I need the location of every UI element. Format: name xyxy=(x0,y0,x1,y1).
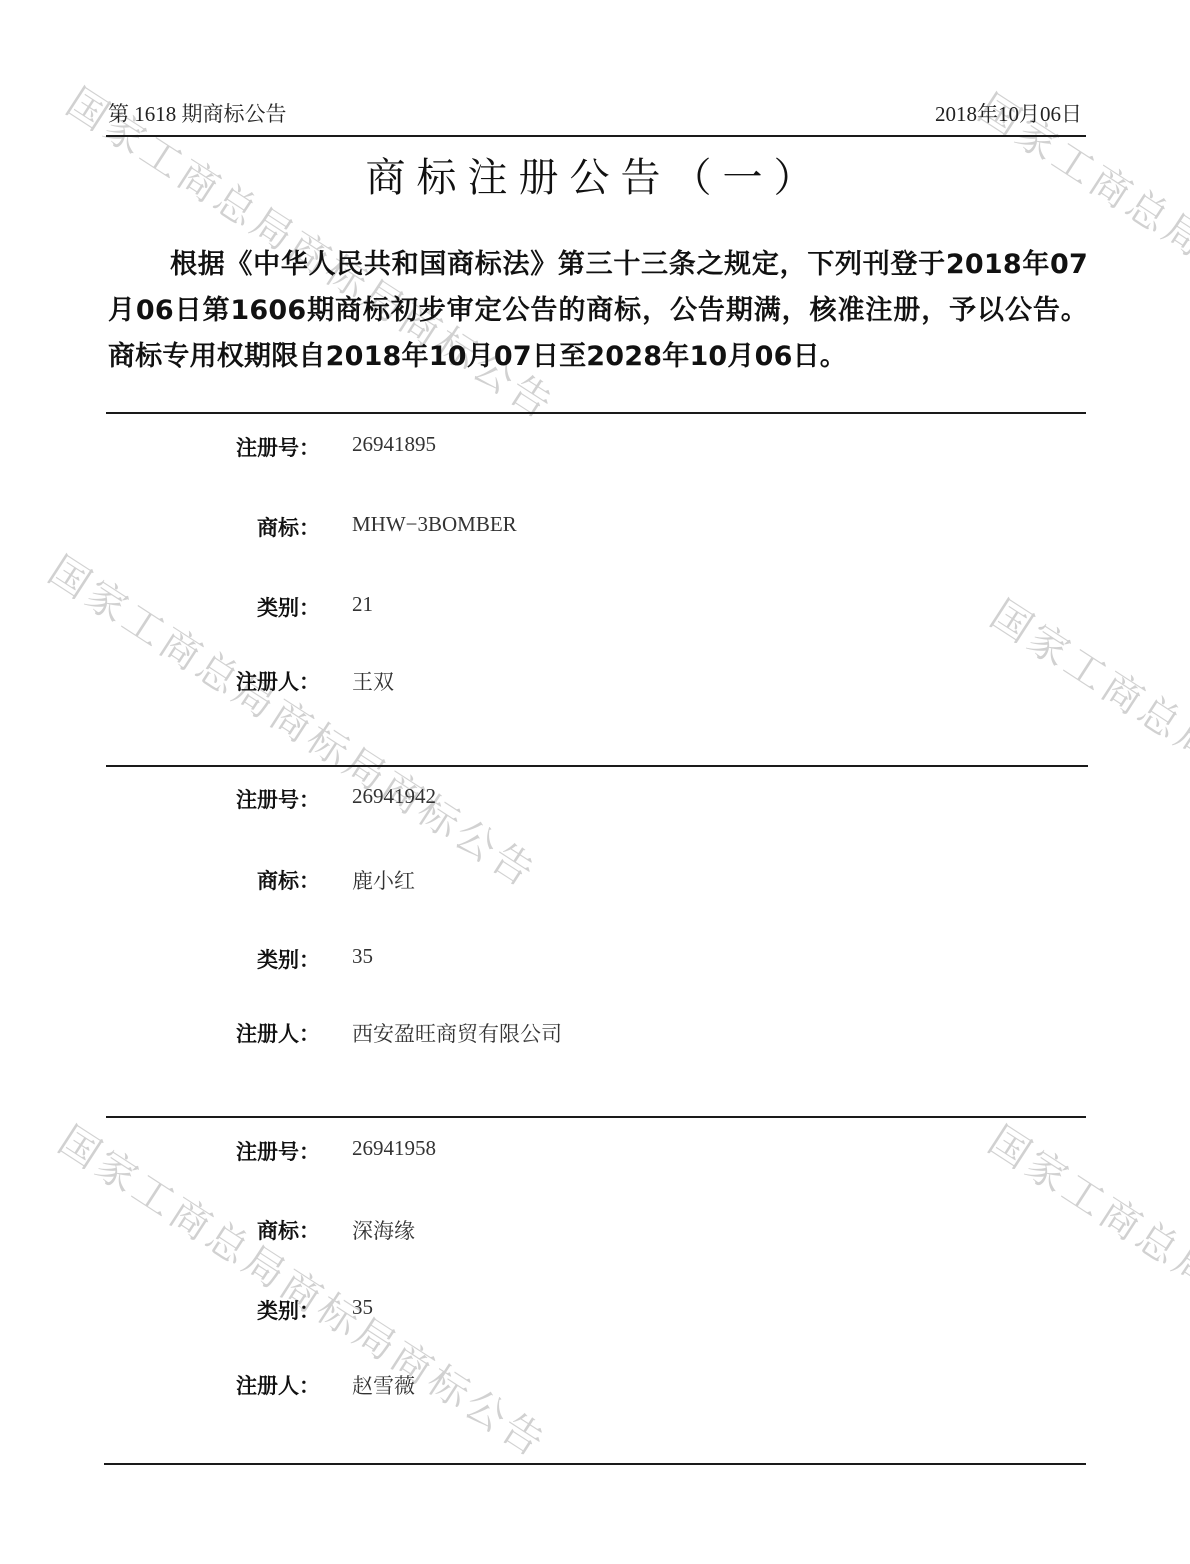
registrant-label: 注册人： xyxy=(236,1018,320,1048)
mark-value: 鹿小红 xyxy=(352,865,415,895)
registrant-value: 西安盈旺商贸有限公司 xyxy=(352,1018,562,1048)
class-label: 类别： xyxy=(257,944,320,974)
intro-paragraph: 根据《中华人民共和国商标法》第三十三条之规定，下列刊登于2018年07月06日第… xyxy=(108,242,1088,380)
mark-label: 商标： xyxy=(257,865,320,895)
page-title: 商标注册公告（一） xyxy=(0,146,1190,203)
mark-label: 商标： xyxy=(257,1215,320,1245)
section-divider xyxy=(104,1463,1086,1465)
section-divider xyxy=(106,765,1088,767)
class-value: 35 xyxy=(352,944,373,969)
header-divider xyxy=(106,135,1086,137)
reg-no-value: 26941958 xyxy=(352,1136,436,1161)
class-value: 35 xyxy=(352,1295,373,1320)
reg-no-label: 注册号： xyxy=(236,432,320,462)
registrant-label: 注册人： xyxy=(236,666,320,696)
reg-no-label: 注册号： xyxy=(236,784,320,814)
section-divider xyxy=(106,412,1086,414)
class-value: 21 xyxy=(352,592,373,617)
class-label: 类别： xyxy=(257,1295,320,1325)
class-label: 类别： xyxy=(257,592,320,622)
section-divider xyxy=(106,1116,1086,1118)
mark-value: MHW−3BOMBER xyxy=(352,512,517,537)
reg-no-value: 26941895 xyxy=(352,432,436,457)
mark-label: 商标： xyxy=(257,512,320,542)
reg-no-label: 注册号： xyxy=(236,1136,320,1166)
mark-value: 深海缘 xyxy=(352,1215,415,1245)
registrant-value: 王双 xyxy=(352,666,394,696)
registrant-label: 注册人： xyxy=(236,1370,320,1400)
reg-no-value: 26941942 xyxy=(352,784,436,809)
issue-number: 第 1618 期商标公告 xyxy=(108,98,287,128)
publication-date: 2018年10月06日 xyxy=(935,98,1082,128)
registrant-value: 赵雪薇 xyxy=(352,1370,415,1400)
